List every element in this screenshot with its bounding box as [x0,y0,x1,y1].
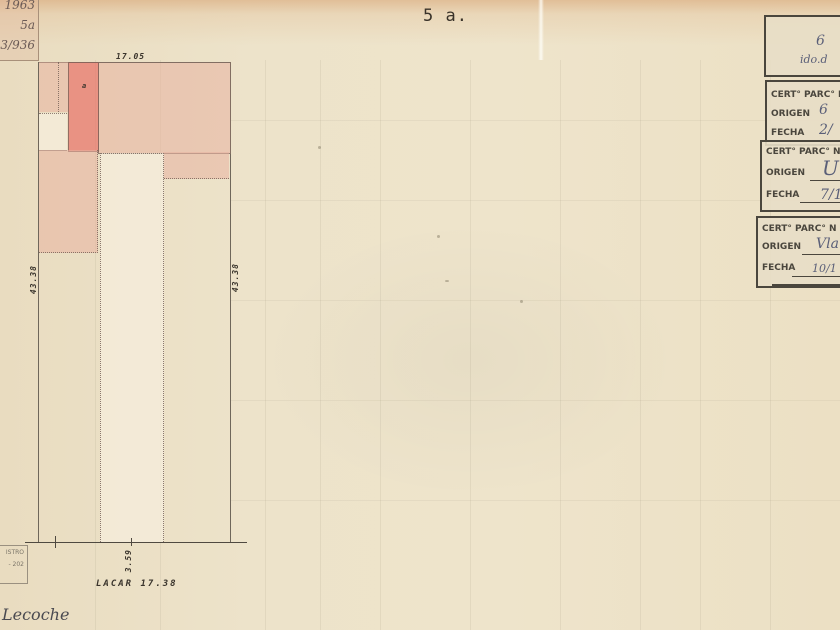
ink-speck [445,280,449,282]
grid-line [470,60,471,630]
stamp-4: CERT° PARC° N ORIGEN Vla FECHA 10/1 [756,216,840,288]
stamp-1-hand-2: ido.d [800,53,828,66]
grid-line [230,500,840,501]
stamp-2-date-label: FECHA [771,128,804,138]
stamp-4-date-label: FECHA [762,263,795,273]
stamp-3-date-label: FECHA [766,190,799,200]
parcel-zone-large [98,62,231,154]
stamp-2-date-value: 2/ [819,122,833,138]
stamp-4-origin-line [802,254,840,255]
stamp-3-date-line [800,202,840,203]
grid-line [230,120,840,121]
stamp-3-origin-label: ORIGEN [766,168,805,178]
parcel-zone-lower [39,150,98,253]
stamp-2-title: CERT° PARC° N [771,90,840,100]
stamp-4-origin-label: ORIGEN [762,242,801,252]
grid-line [700,60,701,630]
ink-speck [520,300,523,303]
unit-label: a [82,82,87,90]
grid-line [230,400,840,401]
stamp-3: CERT° PARC° N ORIGEN U FECHA 7/1 [760,140,840,212]
reference-line-1: 1963 [4,0,35,12]
top-dimension: 17.05 [116,52,145,61]
registro-box: ISTRO - 202 [0,545,28,584]
grid-line [265,60,266,630]
reference-line-3: 3/936 [0,38,35,52]
registro-line-1: ISTRO [6,549,24,556]
stamp-4-title: CERT° PARC° N [762,224,837,234]
frontage-tick [55,536,56,548]
page-number: 5 a. [423,6,468,26]
dotted-boundary [58,62,59,112]
stamp-4-date-line [792,276,840,277]
stamp-3-origin-value: U [822,156,839,180]
reference-box: 1963 5a 3/936 [0,0,39,61]
ink-speck [437,235,440,238]
stamp-4-date-value: 10/1 [812,262,837,275]
right-dimension: 43.38 [231,263,240,292]
grid-line [380,60,381,630]
parcel-zone-extension [163,152,229,179]
reference-line-2: 5a [20,18,35,32]
stamp-3-date-value: 7/1 [820,187,840,203]
stamp-2-origin-label: ORIGEN [771,109,810,119]
registro-line-2: - 202 [8,561,24,568]
grid-line [230,200,840,201]
signature: Lecoche [2,605,69,624]
frontage-dimension: 3.59 [124,549,133,572]
stamp-1: 6 ido.d [764,15,840,77]
paper-crease [538,0,544,60]
frontage-tick [131,538,132,546]
grid-line [640,60,641,630]
parcel-zone-strip [39,62,69,112]
stamp-1-hand-1: 6 [816,33,825,49]
parcel-unit-a [68,62,99,152]
open-area-left [39,113,67,151]
open-area-center [100,153,164,542]
grid-line [560,60,561,630]
stamp-4-bottom-rule [772,284,840,286]
street-label: LACAR 17.38 [96,579,178,589]
stamp-2: CERT° PARC° N ORIGEN 6 FECHA 2/ [765,80,840,146]
stamp-2-origin-value: 6 [819,102,828,118]
grid-line [230,300,840,301]
street-frontage-line [25,542,247,543]
stamp-4-origin-value: Vla [816,236,839,252]
ink-speck [318,146,321,149]
stamp-3-origin-line [810,180,840,181]
left-dimension: 43.38 [29,265,38,294]
